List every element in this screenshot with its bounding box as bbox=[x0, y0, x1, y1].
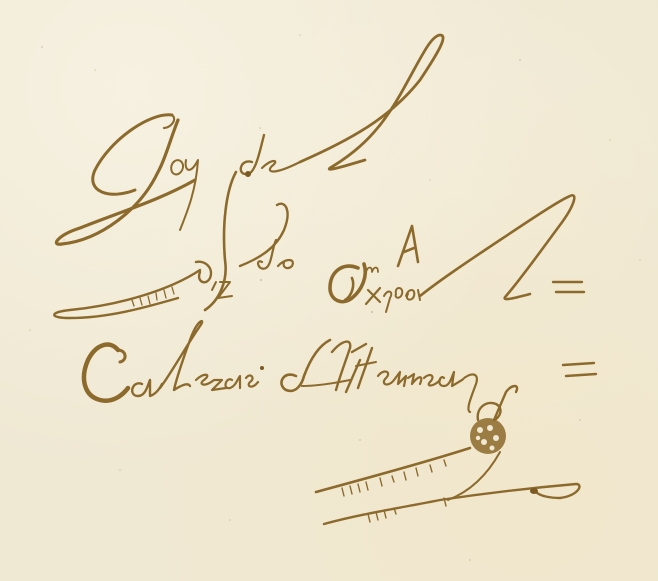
line-1-soy-del: Soy bbox=[56, 35, 443, 310]
manuscript-page: Soy del Ldo Diz Dn Xpoval = Cabezas de H… bbox=[0, 0, 658, 581]
line-2-ldo-diz-dn-xpoval: Ldo Diz Dn Xpoval = bbox=[0, 0, 584, 318]
handwriting-canvas: Soy bbox=[0, 0, 658, 581]
rubric-flourish bbox=[316, 386, 579, 524]
line-3-cabezas-de-herrera: Cabezas de Herrera = bbox=[0, 0, 596, 412]
